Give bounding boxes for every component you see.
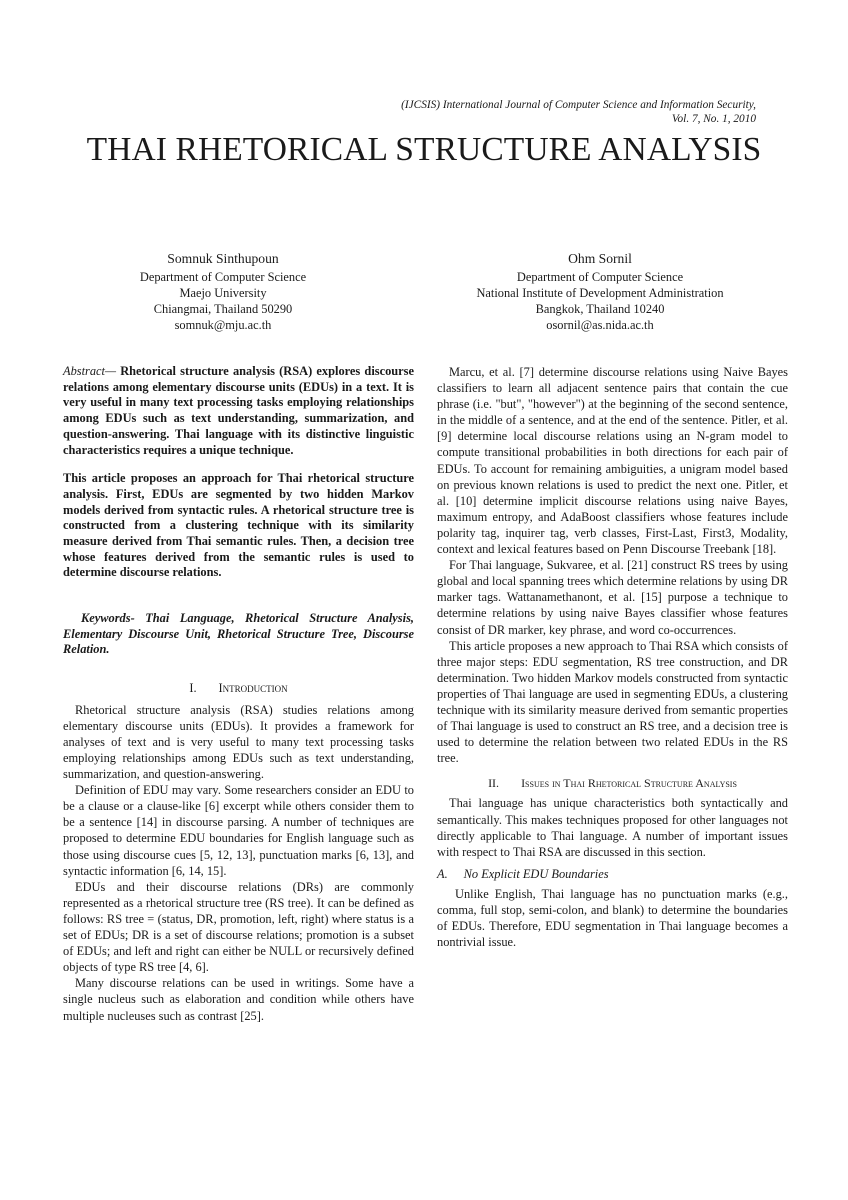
author-department: Department of Computer Science xyxy=(440,269,760,285)
abstract-label: Abstract— xyxy=(63,364,116,378)
body-paragraph: Many discourse relations can be used in … xyxy=(63,975,414,1023)
subsection-title: No Explicit EDU Boundaries xyxy=(464,867,609,881)
right-column: Marcu, et al. [7] determine discourse re… xyxy=(437,364,788,950)
subsection-heading: A.No Explicit EDU Boundaries xyxy=(437,866,788,882)
section-title: Issues in Thai Rhetorical Structure Anal… xyxy=(521,776,737,790)
subsection-number: A. xyxy=(437,867,448,881)
author-name: Somnuk Sinthupoun xyxy=(108,250,338,267)
author-institution: Maejo University xyxy=(108,285,338,301)
author-name: Ohm Sornil xyxy=(440,250,760,267)
author-location: Chiangmai, Thailand 50290 xyxy=(108,301,338,317)
section-number: I. xyxy=(189,681,196,695)
body-paragraph: Rhetorical structure analysis (RSA) stud… xyxy=(63,702,414,782)
abstract-paragraph-2: This article proposes an approach for Th… xyxy=(63,471,414,581)
section-heading-introduction: I.Introduction xyxy=(63,680,414,696)
paper-title: THAI RHETORICAL STRUCTURE ANALYSIS xyxy=(0,130,848,170)
journal-header: (IJCSIS) International Journal of Comput… xyxy=(401,99,756,126)
author-email: osornil@as.nida.ac.th xyxy=(440,317,760,333)
abstract-paragraph-1: Abstract— Rhetorical structure analysis … xyxy=(63,364,414,458)
journal-name: (IJCSIS) International Journal of Comput… xyxy=(401,99,756,113)
section-heading-issues: II.Issues in Thai Rhetorical Structure A… xyxy=(437,775,788,791)
author-block-1: Somnuk Sinthupoun Department of Computer… xyxy=(108,250,338,333)
body-paragraph: Definition of EDU may vary. Some researc… xyxy=(63,782,414,879)
author-block-2: Ohm Sornil Department of Computer Scienc… xyxy=(440,250,760,333)
body-paragraph: Marcu, et al. [7] determine discourse re… xyxy=(437,364,788,557)
keywords: Keywords- Thai Language, Rhetorical Stru… xyxy=(63,611,414,658)
body-paragraph: Thai language has unique characteristics… xyxy=(437,795,788,859)
section-number: II. xyxy=(488,776,499,790)
body-paragraph: EDUs and their discourse relations (DRs)… xyxy=(63,879,414,976)
body-paragraph: Unlike English, Thai language has no pun… xyxy=(437,886,788,950)
journal-volume: Vol. 7, No. 1, 2010 xyxy=(401,113,756,127)
author-department: Department of Computer Science xyxy=(108,269,338,285)
body-paragraph: This article proposes a new approach to … xyxy=(437,638,788,767)
author-institution: National Institute of Development Admini… xyxy=(440,285,760,301)
author-location: Bangkok, Thailand 10240 xyxy=(440,301,760,317)
section-title: Introduction xyxy=(219,681,288,695)
body-paragraph: For Thai language, Sukvaree, et al. [21]… xyxy=(437,557,788,637)
left-column: Abstract— Rhetorical structure analysis … xyxy=(63,364,414,1024)
author-email: somnuk@mju.ac.th xyxy=(108,317,338,333)
abstract-text: Rhetorical structure analysis (RSA) expl… xyxy=(63,364,414,457)
